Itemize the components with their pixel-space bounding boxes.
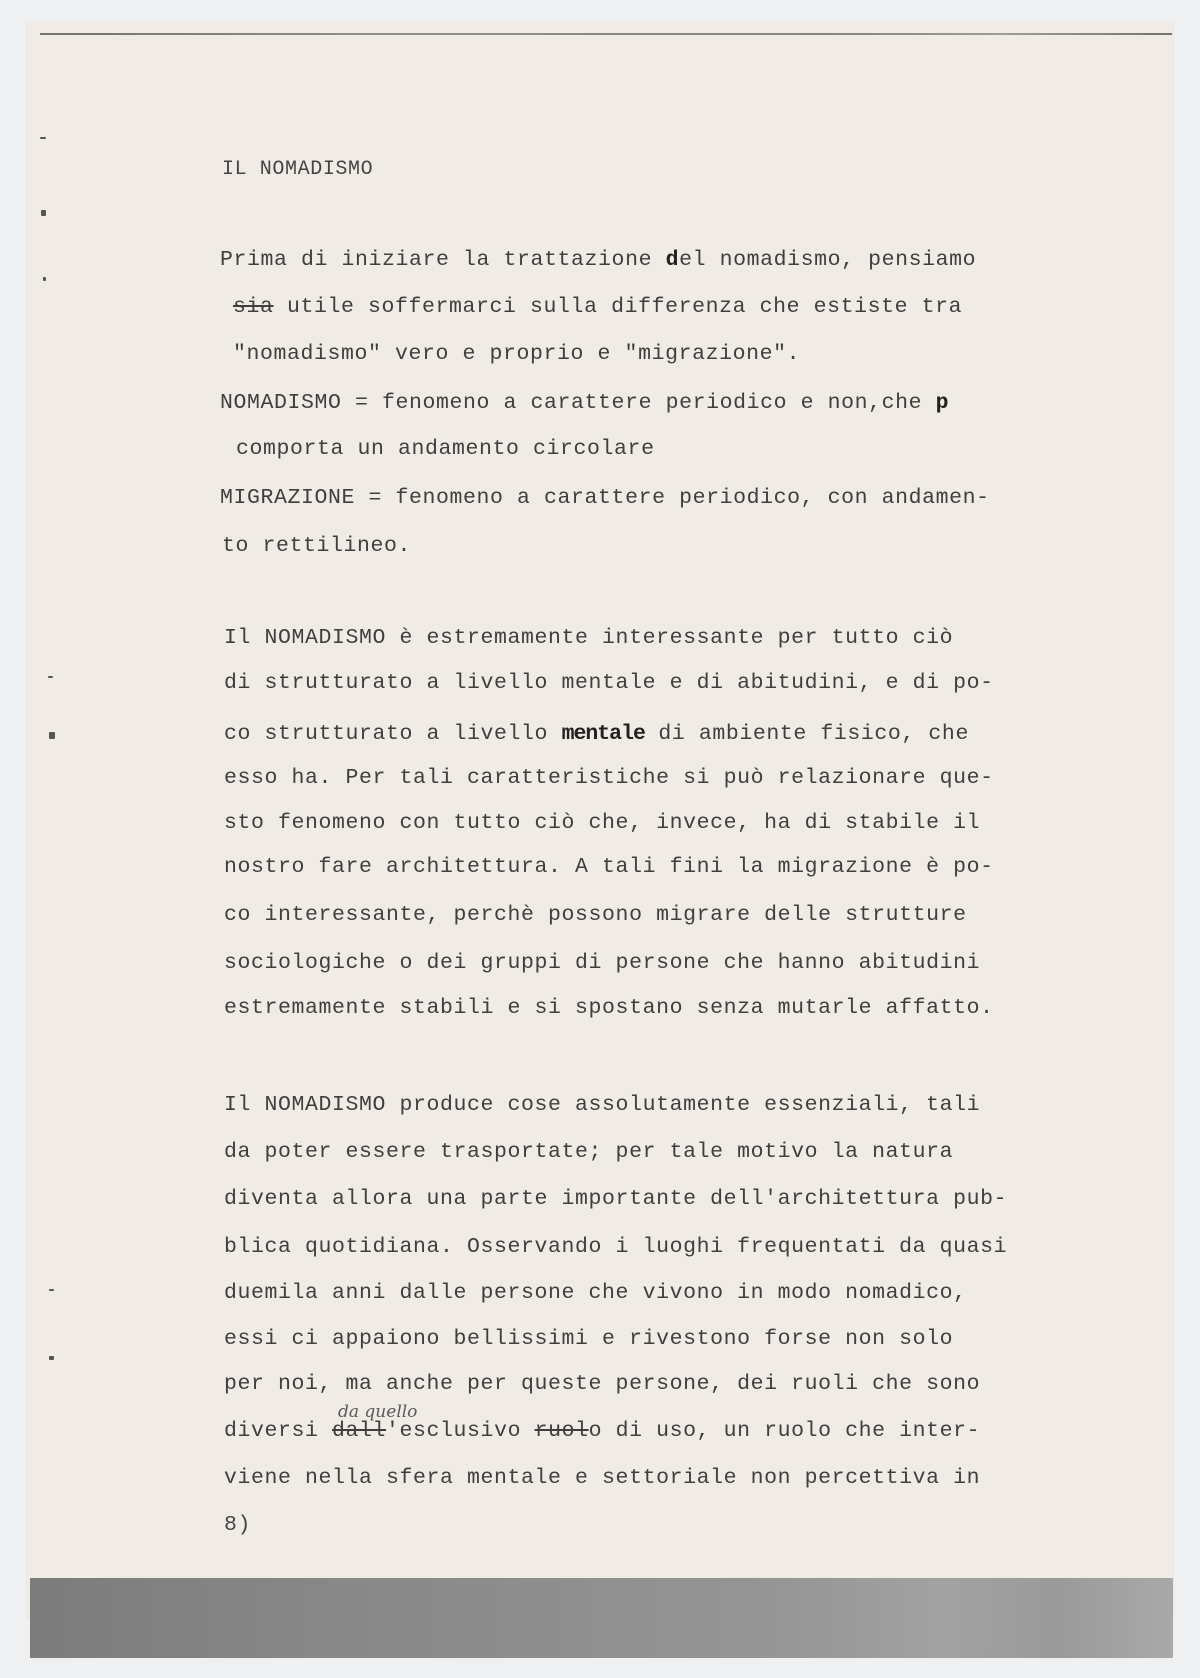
margin-mark [41,210,46,216]
margin-mark [40,137,46,139]
top-edge-rule [40,33,1172,35]
paragraph-3-line-9: viene nella sfera mentale e settoriale n… [224,1468,980,1490]
paragraph-2-line-6: nostro fare architettura. A tali fini la… [224,857,994,879]
scan-bottom-shadow-band [30,1578,1173,1658]
xed-out-word: mentale [562,722,645,746]
paragraph-2-line-8: sociologiche o dei gruppi di persone che… [224,953,980,975]
paragraph-1-line-7: to rettilineo. [222,536,411,558]
document-title: IL NOMADISMO [222,160,373,180]
struck-word: sia [233,295,274,319]
paragraph-1-line-4: NOMADISMO = fenomeno a carattere periodi… [220,393,949,415]
paragraph-2-line-2: di strutturato a livello mentale e di ab… [224,673,994,695]
paragraph-2-line-3: co strutturato a livello mentale di ambi… [224,724,969,746]
paragraph-2-line-5: sto fenomeno con tutto ciò che, invece, … [224,813,980,835]
paragraph-2-line-9: estremamente stabili e si spostano senza… [224,998,994,1020]
paragraph-3-line-8: diversi dall'esclusivo ruolo di uso, un … [224,1421,980,1443]
struck-word: dall [332,1419,386,1443]
paragraph-3-line-5: duemila anni dalle persone che vivono in… [224,1283,967,1305]
paragraph-1-line-1: Prima di iniziare la trattazione del nom… [220,250,976,272]
paragraph-1-line-5: comporta un andamento circolare [236,439,655,461]
overtyped-mark: p [936,391,950,415]
paragraph-1-line-2: sia utile soffermarci sulla differenza c… [233,297,962,319]
margin-mark [49,1356,54,1360]
struck-word: ruol [535,1419,589,1443]
margin-mark [49,732,55,739]
paragraph-2-line-1: Il NOMADISMO è estremamente interessante… [224,628,953,650]
footnote-marker: 8) [224,1515,251,1537]
paragraph-1-line-6: MIGRAZIONE = fenomeno a carattere period… [220,488,990,510]
margin-mark [49,1289,54,1291]
paragraph-2-line-7: co interessante, perchè possono migrare … [224,905,967,927]
margin-mark [43,277,46,281]
paragraph-3-line-4: blica quotidiana. Osservando i luoghi fr… [224,1237,1007,1259]
paragraph-3-line-3: diventa allora una parte importante dell… [224,1189,1007,1211]
paragraph-3-line-2: da poter essere trasportate; per tale mo… [224,1142,953,1164]
paragraph-3-line-6: essi ci appaiono bellissimi e rivestono … [224,1329,953,1351]
paragraph-1-line-3: "nomadismo" vero e proprio e "migrazione… [233,344,800,366]
margin-mark [48,676,53,678]
paragraph-2-line-4: esso ha. Per tali caratteristiche si può… [224,768,994,790]
paragraph-3-line-1: Il NOMADISMO produce cose assolutamente … [224,1095,980,1117]
paragraph-3-line-7: per noi, ma anche per queste persone, de… [224,1374,980,1396]
